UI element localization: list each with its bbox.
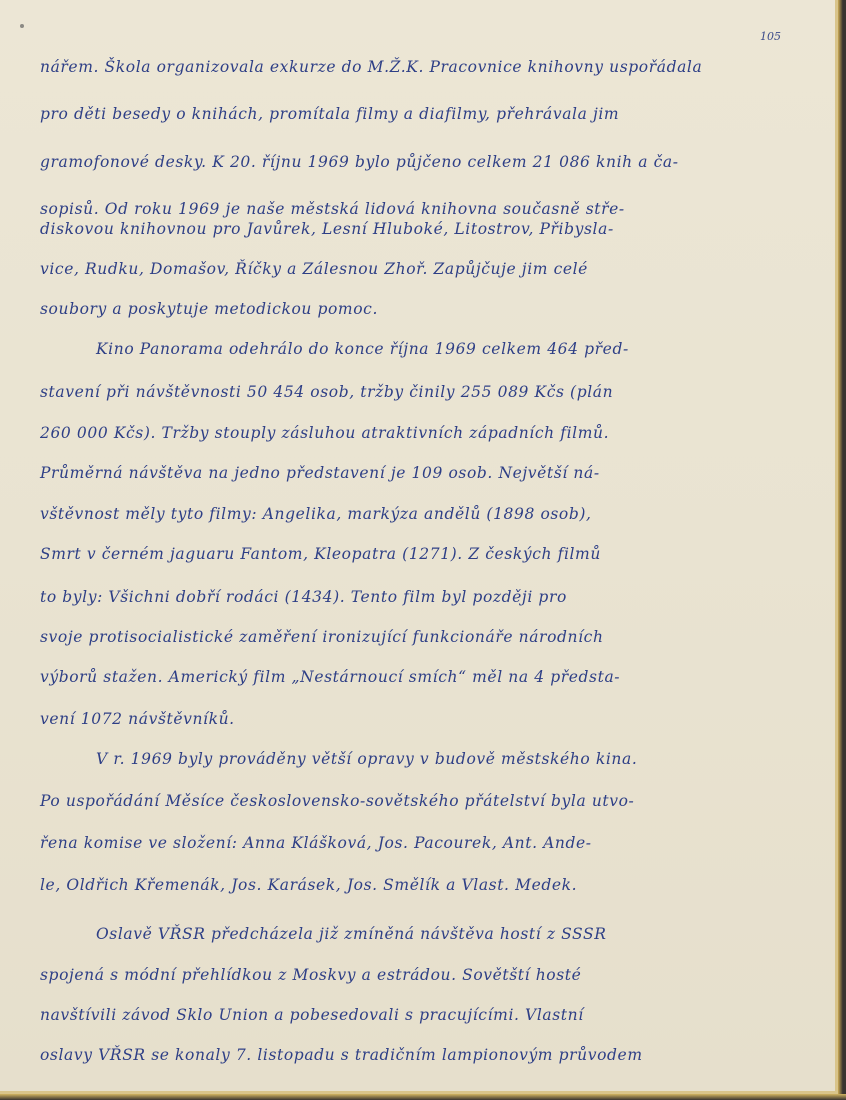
text-line: sopisů. Od roku 1969 je naše městská lid…	[40, 200, 625, 218]
text-line: vice, Rudku, Domašov, Říčky a Zálesnou Z…	[40, 260, 588, 278]
text-line: Průměrná návštěva na jedno představení j…	[40, 464, 600, 482]
page-edge	[0, 1094, 846, 1100]
text-line: nářem. Škola organizovala exkurze do M.Ž…	[40, 58, 702, 76]
text-line: diskovou knihovnou pro Javůrek, Lesní Hl…	[40, 220, 614, 238]
text-line: výborů stažen. Americký film „Nestárnouc…	[40, 668, 620, 686]
text-line: 260 000 Kčs). Tržby stouply zásluhou atr…	[40, 424, 609, 442]
paragraph-start-line: V r. 1969 byly prováděny větší opravy v …	[96, 750, 637, 768]
text-line: navštívili závod Sklo Union a pobesedova…	[40, 1006, 584, 1024]
text-line: pro děti besedy o knihách, promítala fil…	[40, 105, 619, 123]
text-line: Po uspořádání Měsíce československo-sově…	[40, 792, 634, 810]
text-line: oslavy VŘSR se konaly 7. listopadu s tra…	[40, 1046, 643, 1064]
paper-speck	[20, 24, 24, 28]
text-line: vštěvnost měly tyto filmy: Angelika, mar…	[40, 505, 592, 523]
text-line: spojená s módní přehlídkou z Moskvy a es…	[40, 966, 581, 984]
text-line: gramofonové desky. K 20. říjnu 1969 bylo…	[40, 153, 679, 171]
page-number: 105	[760, 30, 781, 43]
text-line: vení 1072 návštěvníků.	[40, 710, 235, 728]
text-line: svoje protisocialistické zaměření ironiz…	[40, 628, 604, 646]
page-edge	[838, 0, 846, 1100]
text-line: řena komise ve složení: Anna Klášková, J…	[40, 834, 592, 852]
text-line: stavení při návštěvnosti 50 454 osob, tr…	[40, 383, 613, 401]
text-line: soubory a poskytuje metodickou pomoc.	[40, 300, 378, 318]
document-page: 105 nářem. Škola organizovala exkurze do…	[0, 0, 838, 1094]
paragraph-start-line: Oslavě VŘSR předcházela již zmíněná návš…	[96, 925, 607, 943]
text-line: Smrt v černém jaguaru Fantom, Kleopatra …	[40, 545, 601, 563]
text-line: le, Oldřich Křemenák, Jos. Karásek, Jos.…	[40, 876, 577, 894]
text-line: to byly: Všichni dobří rodáci (1434). Te…	[40, 588, 567, 606]
paragraph-start-line: Kino Panorama odehrálo do konce října 19…	[96, 340, 629, 358]
